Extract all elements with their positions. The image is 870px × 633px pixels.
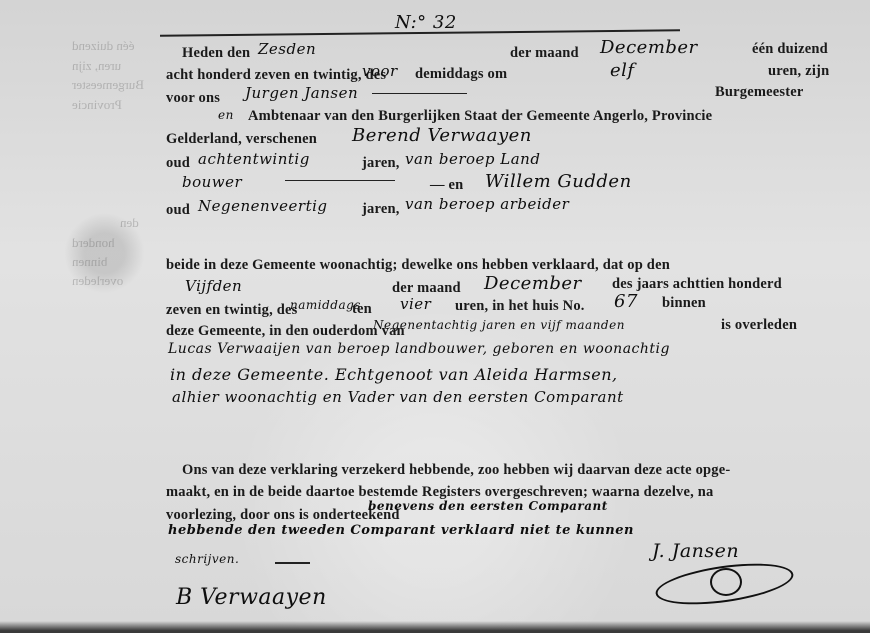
handwritten-deceased-line2: in deze Gemeente. Echtgenoot van Aleida … (170, 365, 618, 384)
handwritten-closing-line3: schrijven. (175, 552, 239, 566)
handwritten-house-number: 67 (614, 291, 638, 312)
handwritten-closing-line2: hebbende den tweeden Comparant verklaard… (168, 523, 634, 538)
page-edge-shadow (0, 621, 870, 633)
printed-text: — en (430, 177, 463, 194)
printed-text: demiddags om (415, 66, 507, 83)
handwritten-death-daypart: namiddags (290, 298, 361, 312)
handwritten-informant2-occupation: van beroep arbeider (405, 195, 569, 213)
fill-line (372, 93, 467, 94)
printed-text: zeven en twintig, des (166, 302, 297, 319)
handwritten-deceased-line3: alhier woonachtig en Vader van den eerst… (172, 388, 624, 406)
handwritten-informant1-age: achtentwintig (198, 150, 310, 168)
register-page: één duizend uren, zijn Burgemeester Prov… (0, 0, 870, 633)
handwritten-daypart: voor (362, 62, 398, 80)
bleed-through-text: één duizend (72, 38, 134, 54)
handwritten-deceased-age: Negenentachtig jaren en vijf maanden (373, 318, 625, 332)
handwritten-informant1-occupation: van beroep Land (405, 150, 540, 168)
signature-official: J. Jansen (652, 540, 739, 562)
printed-text: Gelderland, verschenen (166, 131, 317, 148)
handwritten-death-month: December (484, 273, 582, 294)
printed-text: uren, zijn (768, 63, 829, 80)
bleed-through-text: den (120, 215, 139, 231)
printed-text: binnen (662, 295, 706, 312)
printed-text: Ons van deze verklaring verzekerd hebben… (182, 462, 730, 479)
handwritten-occupation-cont: bouwer (182, 173, 242, 191)
printed-text: jaren, (362, 201, 400, 218)
printed-text: uren, in het huis No. (455, 298, 585, 315)
printed-text: één duizend (752, 41, 828, 58)
handwritten-informant2-age: Negenenveertig (198, 197, 328, 215)
handwritten-day: Zesden (258, 40, 316, 58)
printed-text: beide in deze Gemeente woonachtig; dewel… (166, 257, 670, 274)
printed-text: jaren, (362, 155, 400, 172)
signature-flourish (710, 568, 742, 596)
printed-text: acht honderd zeven en twintig, des (166, 67, 386, 84)
printed-text: oud (166, 155, 190, 172)
closing-dash (275, 562, 310, 564)
bleed-through-text: binnen (72, 254, 107, 270)
printed-text: voor ons (166, 90, 220, 107)
handwritten-conjunction: en (218, 108, 234, 122)
printed-text: voorlezing, door ons is onderteekend (166, 507, 400, 524)
handwritten-death-day: Vijfden (185, 277, 242, 295)
handwritten-month: December (600, 37, 698, 58)
printed-text: ten (352, 301, 372, 318)
printed-text: Ambtenaar van den Burgerlijken Staat der… (248, 108, 712, 125)
bleed-through-text: Provincie (72, 97, 122, 113)
printed-text: der maand (510, 45, 579, 62)
record-number: N:° 32 (395, 12, 457, 33)
fill-line (285, 180, 395, 181)
handwritten-closing-line1: benevens den eersten Comparant (368, 499, 608, 513)
handwritten-informant2-name: Willem Gudden (485, 171, 632, 192)
printed-text: Heden den (182, 45, 250, 62)
bleed-through-text: overleden (72, 273, 123, 289)
handwritten-hour: elf (610, 60, 635, 81)
handwritten-death-hour: vier (400, 295, 431, 313)
printed-text: is overleden (721, 317, 797, 334)
signature-witness: B Verwaayen (176, 585, 327, 610)
printed-text: deze Gemeente, in den ouderdom van (166, 323, 405, 340)
printed-text: Burgemeester (715, 84, 804, 101)
handwritten-official-name: Jurgen Jansen (245, 84, 358, 102)
handwritten-deceased-line1: Lucas Verwaaijen van beroep landbouwer, … (168, 341, 670, 357)
bleed-through-text: honderd (72, 235, 115, 251)
handwritten-informant1-name: Berend Verwaayen (352, 125, 532, 146)
bleed-through-text: Burgemeester (72, 77, 144, 93)
printed-text: oud (166, 202, 190, 219)
bleed-through-text: uren, zijn (72, 58, 121, 74)
